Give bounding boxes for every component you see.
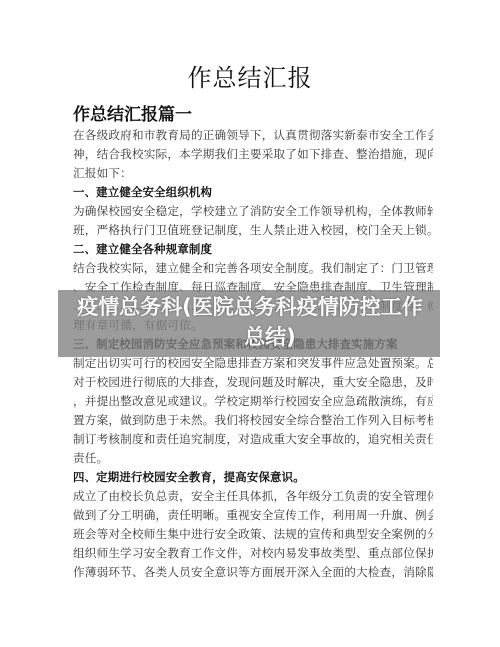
body-line: 班，严格执行门卫值班登记制度，生人禁止进入校园，校门全天上锁。 [73, 222, 433, 238]
body-line: 制定出切实可行的校园安全隐患排查方案和突发事件应急处置预案。总务处 [73, 355, 433, 371]
body-line: 在各级政府和市教育局的正确领导下，认真贯彻落实新泰市安全工作会议精 [73, 127, 433, 143]
section-heading-2: 二、建立健全各种规章制度 [73, 241, 433, 257]
body-line: ，并提出整改意见或建议。学校定期举行校园安全应急疏散演练，有应急处 [73, 393, 433, 409]
section-heading-1: 一、建立健全安全组织机构 [73, 184, 433, 200]
body-line: 汇报如下： [73, 165, 433, 181]
body-line: 做到了分工明确，责任明晰。重视安全宣传工作，利用周一升旗、例会、校 [73, 507, 433, 523]
body-line: 对于校园进行彻底的大排查，发现问题及时解决，重大安全隐患，及时上报 [73, 374, 433, 390]
body-line: 结合我校实际，建立健全和完善各项安全制度。我们制定了：门卫管理制度 [73, 260, 433, 276]
body-line: 成立了由校长负总责，安全主任具体抓，各年级分工负责的安全管理体系， [73, 488, 433, 504]
body-line: 置方案，做到防患于未然。我们将校园安全综合整治工作列入目标考核中， [73, 412, 433, 428]
overlay-title-line-2: 总结) [0, 322, 500, 352]
body-line: 责任。 [73, 450, 433, 466]
section-heading-4: 四、定期进行校园安全教育，提高安保意识。 [73, 469, 433, 485]
body-line: 组织师生学习安全教育工作文件，对校内易发事故类型、重点部位保护、工 [73, 545, 433, 561]
document-subtitle: 作总结汇报篇一 [73, 100, 192, 125]
overlay-title-line-1: 疫情总务科(医院总务科疫情防控工作 [0, 292, 500, 322]
body-line: 班会等对全校师生集中进行安全政策、法规的宣传和典型安全案例的分析， [73, 526, 433, 542]
document-title: 作总结汇报 [0, 58, 500, 93]
body-line: 为确保校园安全稳定，学校建立了消防安全工作领导机构，全体教师轮流值 [73, 203, 433, 219]
body-line: 神，结合我校实际，本学期我们主要采取了如下排查、整治措施，现向领导 [73, 146, 433, 162]
body-line: 制订考核制度和责任追究制度，对造成重大安全事故的，追究相关责任人的 [73, 431, 433, 447]
overlay-title: 疫情总务科(医院总务科疫情防控工作 总结) [0, 292, 500, 352]
body-line: 作薄弱环节、各类人员安全意识等方面展开深入全面的大检查，消除隐患； [73, 564, 433, 580]
